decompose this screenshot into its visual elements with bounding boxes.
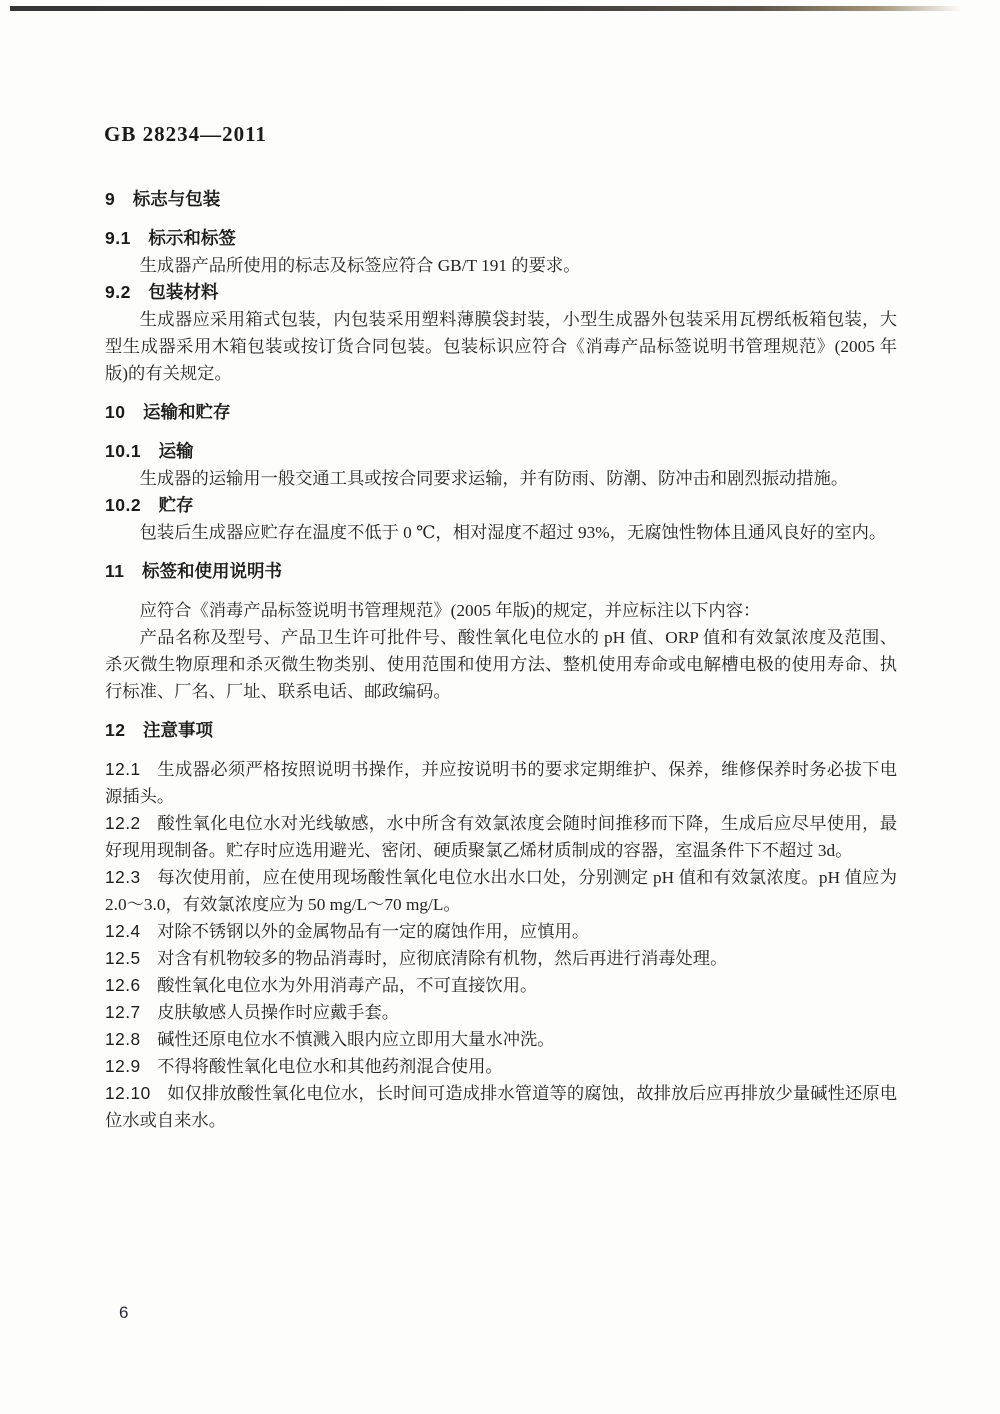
section-number: 12 <box>105 720 125 740</box>
clause-12.8: 12.8碱性还原电位水不慎溅入眼内应立即用大量水冲洗。 <box>105 1026 897 1053</box>
scan-edge-artifact <box>10 6 972 11</box>
section-title: 包装材料 <box>148 282 218 302</box>
clause-12.6: 12.6酸性氧化电位水为外用消毒产品，不可直接饮用。 <box>105 972 897 999</box>
clause-text: 不得将酸性氧化电位水和其他药剂混合使用。 <box>157 1057 503 1076</box>
clause-12.2: 12.2酸性氧化电位水对光线敏感，水中所含有效氯浓度会随时间推移而下降，生成后应… <box>105 810 897 864</box>
clause-12.4: 12.4对除不锈钢以外的金属物品有一定的腐蚀作用，应慎用。 <box>105 918 897 945</box>
clause-text: 每次使用前，应在使用现场酸性氧化电位水出水口处，分别测定 pH 值和有效氯浓度。… <box>105 868 897 914</box>
section-heading-10: 10运输和贮存 <box>105 399 897 426</box>
section-number: 11 <box>105 561 125 581</box>
paragraph: 包装后生成器应贮存在温度不低于 0 ℃，相对湿度不超过 93%，无腐蚀性物体且通… <box>105 519 897 546</box>
clause-number: 12.5 <box>105 948 141 968</box>
paragraph: 产品名称及型号、产品卫生许可批件号、酸性氧化电位水的 pH 值、ORP 值和有效… <box>105 624 897 705</box>
clause-text: 对除不锈钢以外的金属物品有一定的腐蚀作用，应慎用。 <box>157 922 589 941</box>
clause-number: 12.7 <box>105 1002 141 1022</box>
paragraph: 生成器产品所使用的标志及标签应符合 GB/T 191 的要求。 <box>105 252 897 279</box>
section-title: 贮存 <box>159 495 194 515</box>
document-body: 9标志与包装9.1标示和标签生成器产品所使用的标志及标签应符合 GB/T 191… <box>105 186 897 1134</box>
clause-12.1: 12.1生成器必须严格按照说明书操作，并应按说明书的要求定期维护、保养，维修保养… <box>105 756 897 810</box>
clause-number: 12.6 <box>105 975 141 995</box>
clause-text: 酸性氧化电位水对光线敏感，水中所含有效氯浓度会随时间推移而下降，生成后应尽早使用… <box>105 814 897 860</box>
clause-text: 酸性氧化电位水为外用消毒产品，不可直接饮用。 <box>157 976 537 995</box>
paragraph: 生成器的运输用一般交通工具或按合同要求运输，并有防雨、防潮、防冲击和剧烈振动措施… <box>105 465 897 492</box>
clause-number: 12.8 <box>105 1029 141 1049</box>
section-number: 10 <box>105 402 125 422</box>
section-heading-9.1: 9.1标示和标签 <box>105 225 897 252</box>
section-number: 9.2 <box>105 282 131 302</box>
clause-number: 12.1 <box>105 759 141 779</box>
section-number: 10.2 <box>105 495 141 515</box>
section-heading-9: 9标志与包装 <box>105 186 897 213</box>
section-number: 10.1 <box>105 441 141 461</box>
clause-12.10: 12.10如仅排放酸性氧化电位水，长时间可造成排水管道等的腐蚀，故排放后应再排放… <box>105 1080 897 1134</box>
clause-12.3: 12.3每次使用前，应在使用现场酸性氧化电位水出水口处，分别测定 pH 值和有效… <box>105 864 897 918</box>
clause-text: 生成器必须严格按照说明书操作，并应按说明书的要求定期维护、保养，维修保养时务必拔… <box>105 760 897 806</box>
clause-12.7: 12.7皮肤敏感人员操作时应戴手套。 <box>105 999 897 1026</box>
clause-text: 如仅排放酸性氧化电位水，长时间可造成排水管道等的腐蚀，故排放后应再排放少量碱性还… <box>105 1084 897 1130</box>
document-page: GB 28234—2011 9标志与包装9.1标示和标签生成器产品所使用的标志及… <box>0 0 1000 1414</box>
clause-12.9: 12.9不得将酸性氧化电位水和其他药剂混合使用。 <box>105 1053 897 1080</box>
section-heading-9.2: 9.2包装材料 <box>105 279 897 306</box>
clause-number: 12.9 <box>105 1056 141 1076</box>
clause-text: 碱性还原电位水不慎溅入眼内应立即用大量水冲洗。 <box>157 1030 554 1049</box>
clause-number: 12.3 <box>105 867 141 887</box>
clause-text: 对含有机物较多的物品消毒时，应彻底清除有机物，然后再进行消毒处理。 <box>157 949 727 968</box>
page-number: 6 <box>119 1303 128 1323</box>
section-heading-10.2: 10.2贮存 <box>105 492 897 519</box>
standard-number: GB 28234—2011 <box>104 122 267 147</box>
section-number: 9.1 <box>105 228 131 248</box>
section-title: 标签和使用说明书 <box>142 561 282 581</box>
section-heading-10.1: 10.1运输 <box>105 438 897 465</box>
section-title: 运输 <box>159 441 194 461</box>
section-title: 注意事项 <box>143 720 213 740</box>
paragraph: 生成器应采用箱式包装，内包装采用塑料薄膜袋封装，小型生成器外包装采用瓦楞纸板箱包… <box>105 306 897 387</box>
section-title: 标示和标签 <box>148 228 236 248</box>
clause-number: 12.2 <box>105 813 141 833</box>
section-title: 运输和贮存 <box>143 402 231 422</box>
clause-text: 皮肤敏感人员操作时应戴手套。 <box>157 1003 399 1022</box>
clause-number: 12.10 <box>105 1083 151 1103</box>
clause-number: 12.4 <box>105 921 141 941</box>
section-heading-12: 12注意事项 <box>105 717 897 744</box>
section-number: 9 <box>105 189 115 209</box>
section-heading-11: 11标签和使用说明书 <box>105 558 897 585</box>
paragraph: 应符合《消毒产品标签说明书管理规范》(2005 年版)的规定，并应标注以下内容： <box>105 597 897 624</box>
section-title: 标志与包装 <box>133 189 221 209</box>
clause-12.5: 12.5对含有机物较多的物品消毒时，应彻底清除有机物，然后再进行消毒处理。 <box>105 945 897 972</box>
